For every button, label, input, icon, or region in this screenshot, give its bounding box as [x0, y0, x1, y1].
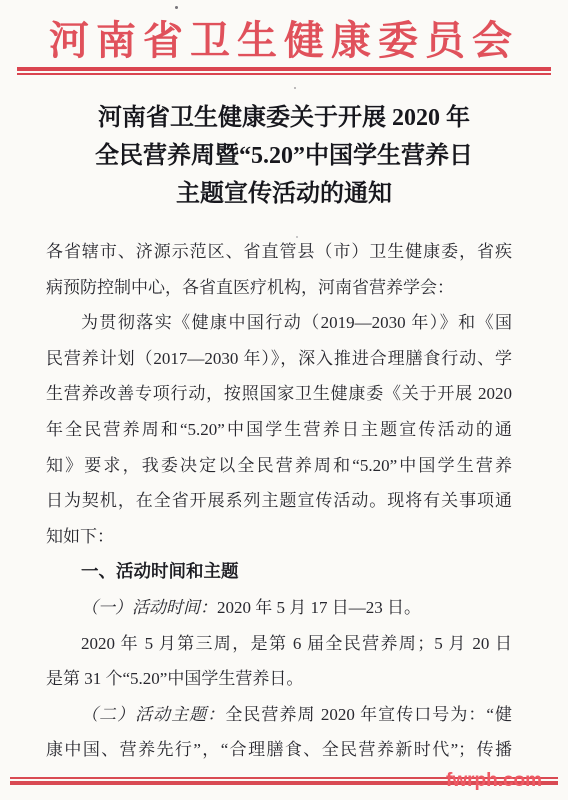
section-heading: 一、活动时间和主题 [46, 554, 512, 590]
document-title-line: 全民营养周暨“5.20”中国学生营养日 [0, 137, 568, 175]
item-text: 2020 年 5 月 17 日—23 日。 [217, 598, 421, 617]
salutation-line: 各省辖市、济源示范区、省直管县（市）卫生健康委，省疾 [46, 234, 512, 270]
document-body: 各省辖市、济源示范区、省直管县（市）卫生健康委，省疾 病预防控制中心，各省直医疗… [46, 234, 512, 768]
item-label: （一）活动时间： [81, 598, 217, 617]
item-text: 全民营养周 2020 年宣传口号为：“健 [225, 705, 512, 724]
body-line: 2020 年 5 月第三周，是第 6 届全民营养周；5 月 20 日 [46, 626, 512, 662]
body-line: 知》要求，我委决定以全民营养周和“5.20”中国学生营养 [46, 448, 512, 484]
letterhead-double-rule [17, 67, 551, 75]
item-label: （二）活动主题： [81, 705, 225, 724]
watermark-text: fwrph.com [446, 770, 542, 792]
body-line: 生营养改善专项行动，按照国家卫生健康委《关于开展 2020 [46, 376, 512, 412]
body-line: （一）活动时间：2020 年 5 月 17 日—23 日。 [46, 590, 512, 626]
letterhead-org-name: 河南省卫生健康委员会 [0, 9, 568, 66]
body-line: 是第 31 个“5.20”中国学生营养日。 [46, 661, 512, 697]
body-line: 日为契机，在全省开展系列主题宣传活动。现将有关事项通 [46, 483, 512, 519]
body-line: 康中国、营养先行”，“合理膳食、全民营养新时代”；传播 [46, 732, 512, 768]
salutation-line: 病预防控制中心，各省直医疗机构，河南省营养学会： [46, 270, 512, 306]
document-title-line: 主题宣传活动的通知 [0, 175, 568, 213]
body-line: 知如下： [46, 519, 512, 555]
document-title-line: 河南省卫生健康委关于开展 2020 年 [0, 99, 568, 137]
body-line: 民营养计划（2017—2030 年）》，深入推进合理膳食行动、学 [46, 341, 512, 377]
body-line: 年全民营养周和“5.20”中国学生营养日主题宣传活动的通 [46, 412, 512, 448]
document-title: 河南省卫生健康委关于开展 2020 年 全民营养周暨“5.20”中国学生营养日 … [0, 99, 568, 213]
body-line: （二）活动主题：全民营养周 2020 年宣传口号为：“健 [46, 697, 512, 733]
document-page: 河南省卫生健康委员会 河南省卫生健康委关于开展 2020 年 全民营养周暨“5.… [0, 0, 568, 800]
scan-speck [294, 87, 296, 89]
body-line: 为贯彻落实《健康中国行动（2019—2030 年）》和《国 [46, 305, 512, 341]
